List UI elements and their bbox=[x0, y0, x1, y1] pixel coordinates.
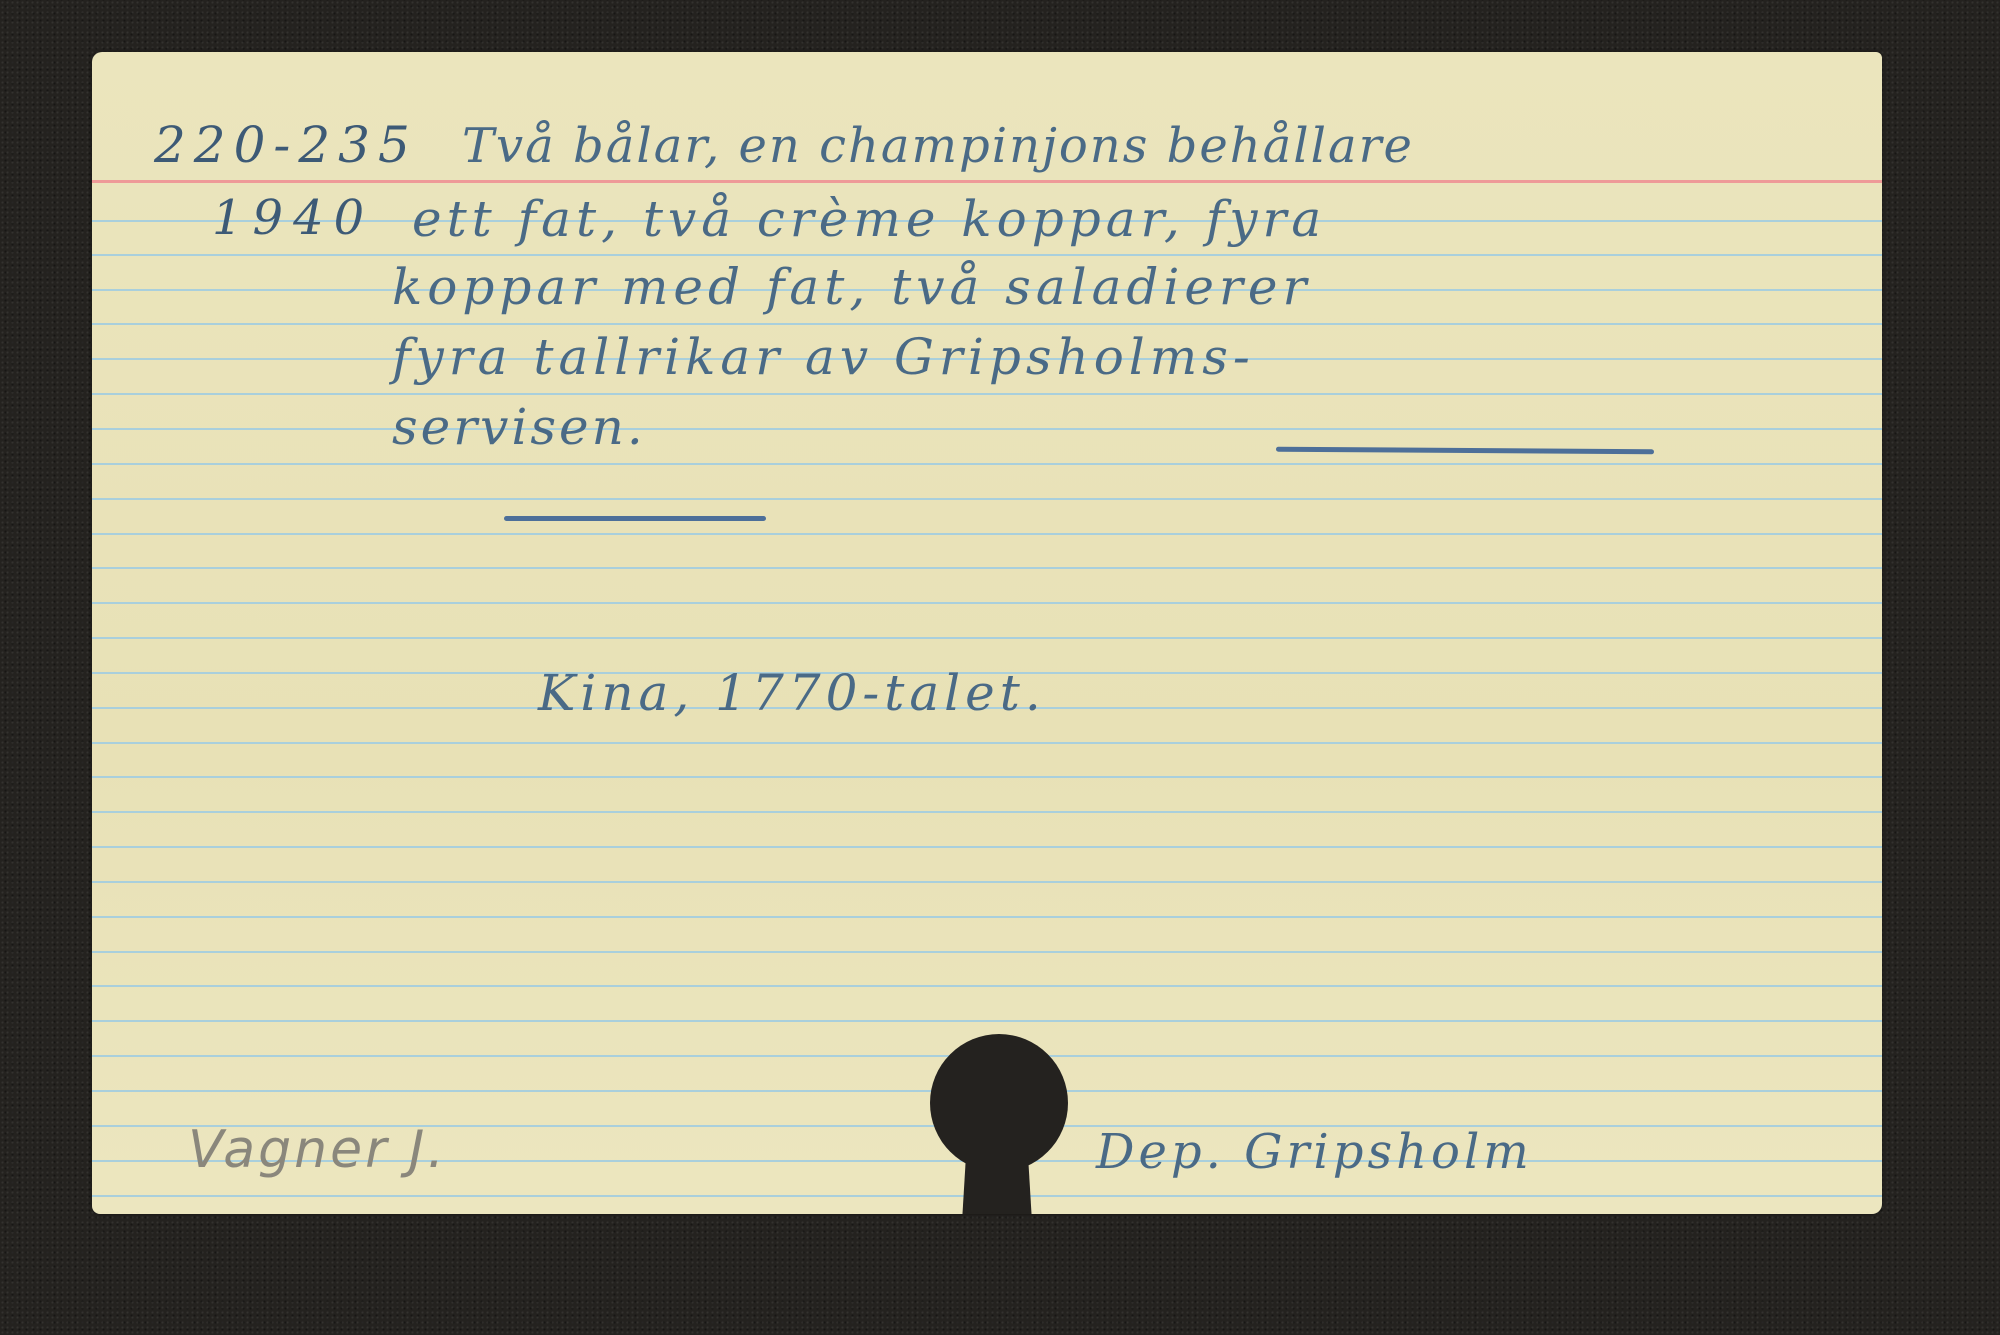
ruled-line bbox=[92, 846, 1882, 848]
ruled-line bbox=[92, 602, 1882, 604]
ruled-line bbox=[92, 811, 1882, 813]
ruled-line bbox=[92, 1020, 1882, 1022]
ruled-line bbox=[92, 776, 1882, 778]
ruled-line bbox=[92, 881, 1882, 883]
ruled-line bbox=[92, 637, 1882, 639]
origin-note: Kina, 1770-talet. bbox=[538, 664, 1046, 722]
description-line-1: Två bålar, en champinjons behållare bbox=[462, 118, 1414, 174]
ruled-line bbox=[92, 985, 1882, 987]
header-red-rule bbox=[92, 180, 1882, 183]
description-line-4: fyra tallrikar av Gripsholms- bbox=[392, 328, 1255, 386]
ruled-line bbox=[92, 951, 1882, 953]
underline-gripsholms bbox=[1276, 447, 1654, 455]
card-rod-hole bbox=[930, 1034, 1068, 1172]
ruled-line bbox=[92, 498, 1882, 500]
ruled-line bbox=[92, 254, 1882, 256]
ruled-line bbox=[92, 916, 1882, 918]
ruled-line bbox=[92, 567, 1882, 569]
ruled-line bbox=[92, 742, 1882, 744]
catalog-number: 220-235 bbox=[154, 116, 418, 174]
index-card: 220-235 1940 Två bålar, en champinjons b… bbox=[92, 52, 1882, 1214]
ruled-line bbox=[92, 533, 1882, 535]
bottom-right-note: Dep. Gripsholm bbox=[1096, 1124, 1533, 1180]
description-line-2: ett fat, två crème koppar, fyra bbox=[412, 190, 1326, 248]
ruled-line bbox=[92, 463, 1882, 465]
description-line-5: servisen. bbox=[392, 398, 646, 456]
bottom-left-note: Vagner J. bbox=[188, 1120, 447, 1180]
ruled-line bbox=[92, 323, 1882, 325]
card-rod-slot bbox=[962, 1152, 1032, 1214]
description-line-3: koppar med fat, två saladierer bbox=[392, 258, 1311, 316]
year: 1940 bbox=[212, 190, 374, 246]
ruled-line bbox=[92, 393, 1882, 395]
ruled-line bbox=[92, 428, 1882, 430]
underline-servisen bbox=[504, 516, 766, 521]
